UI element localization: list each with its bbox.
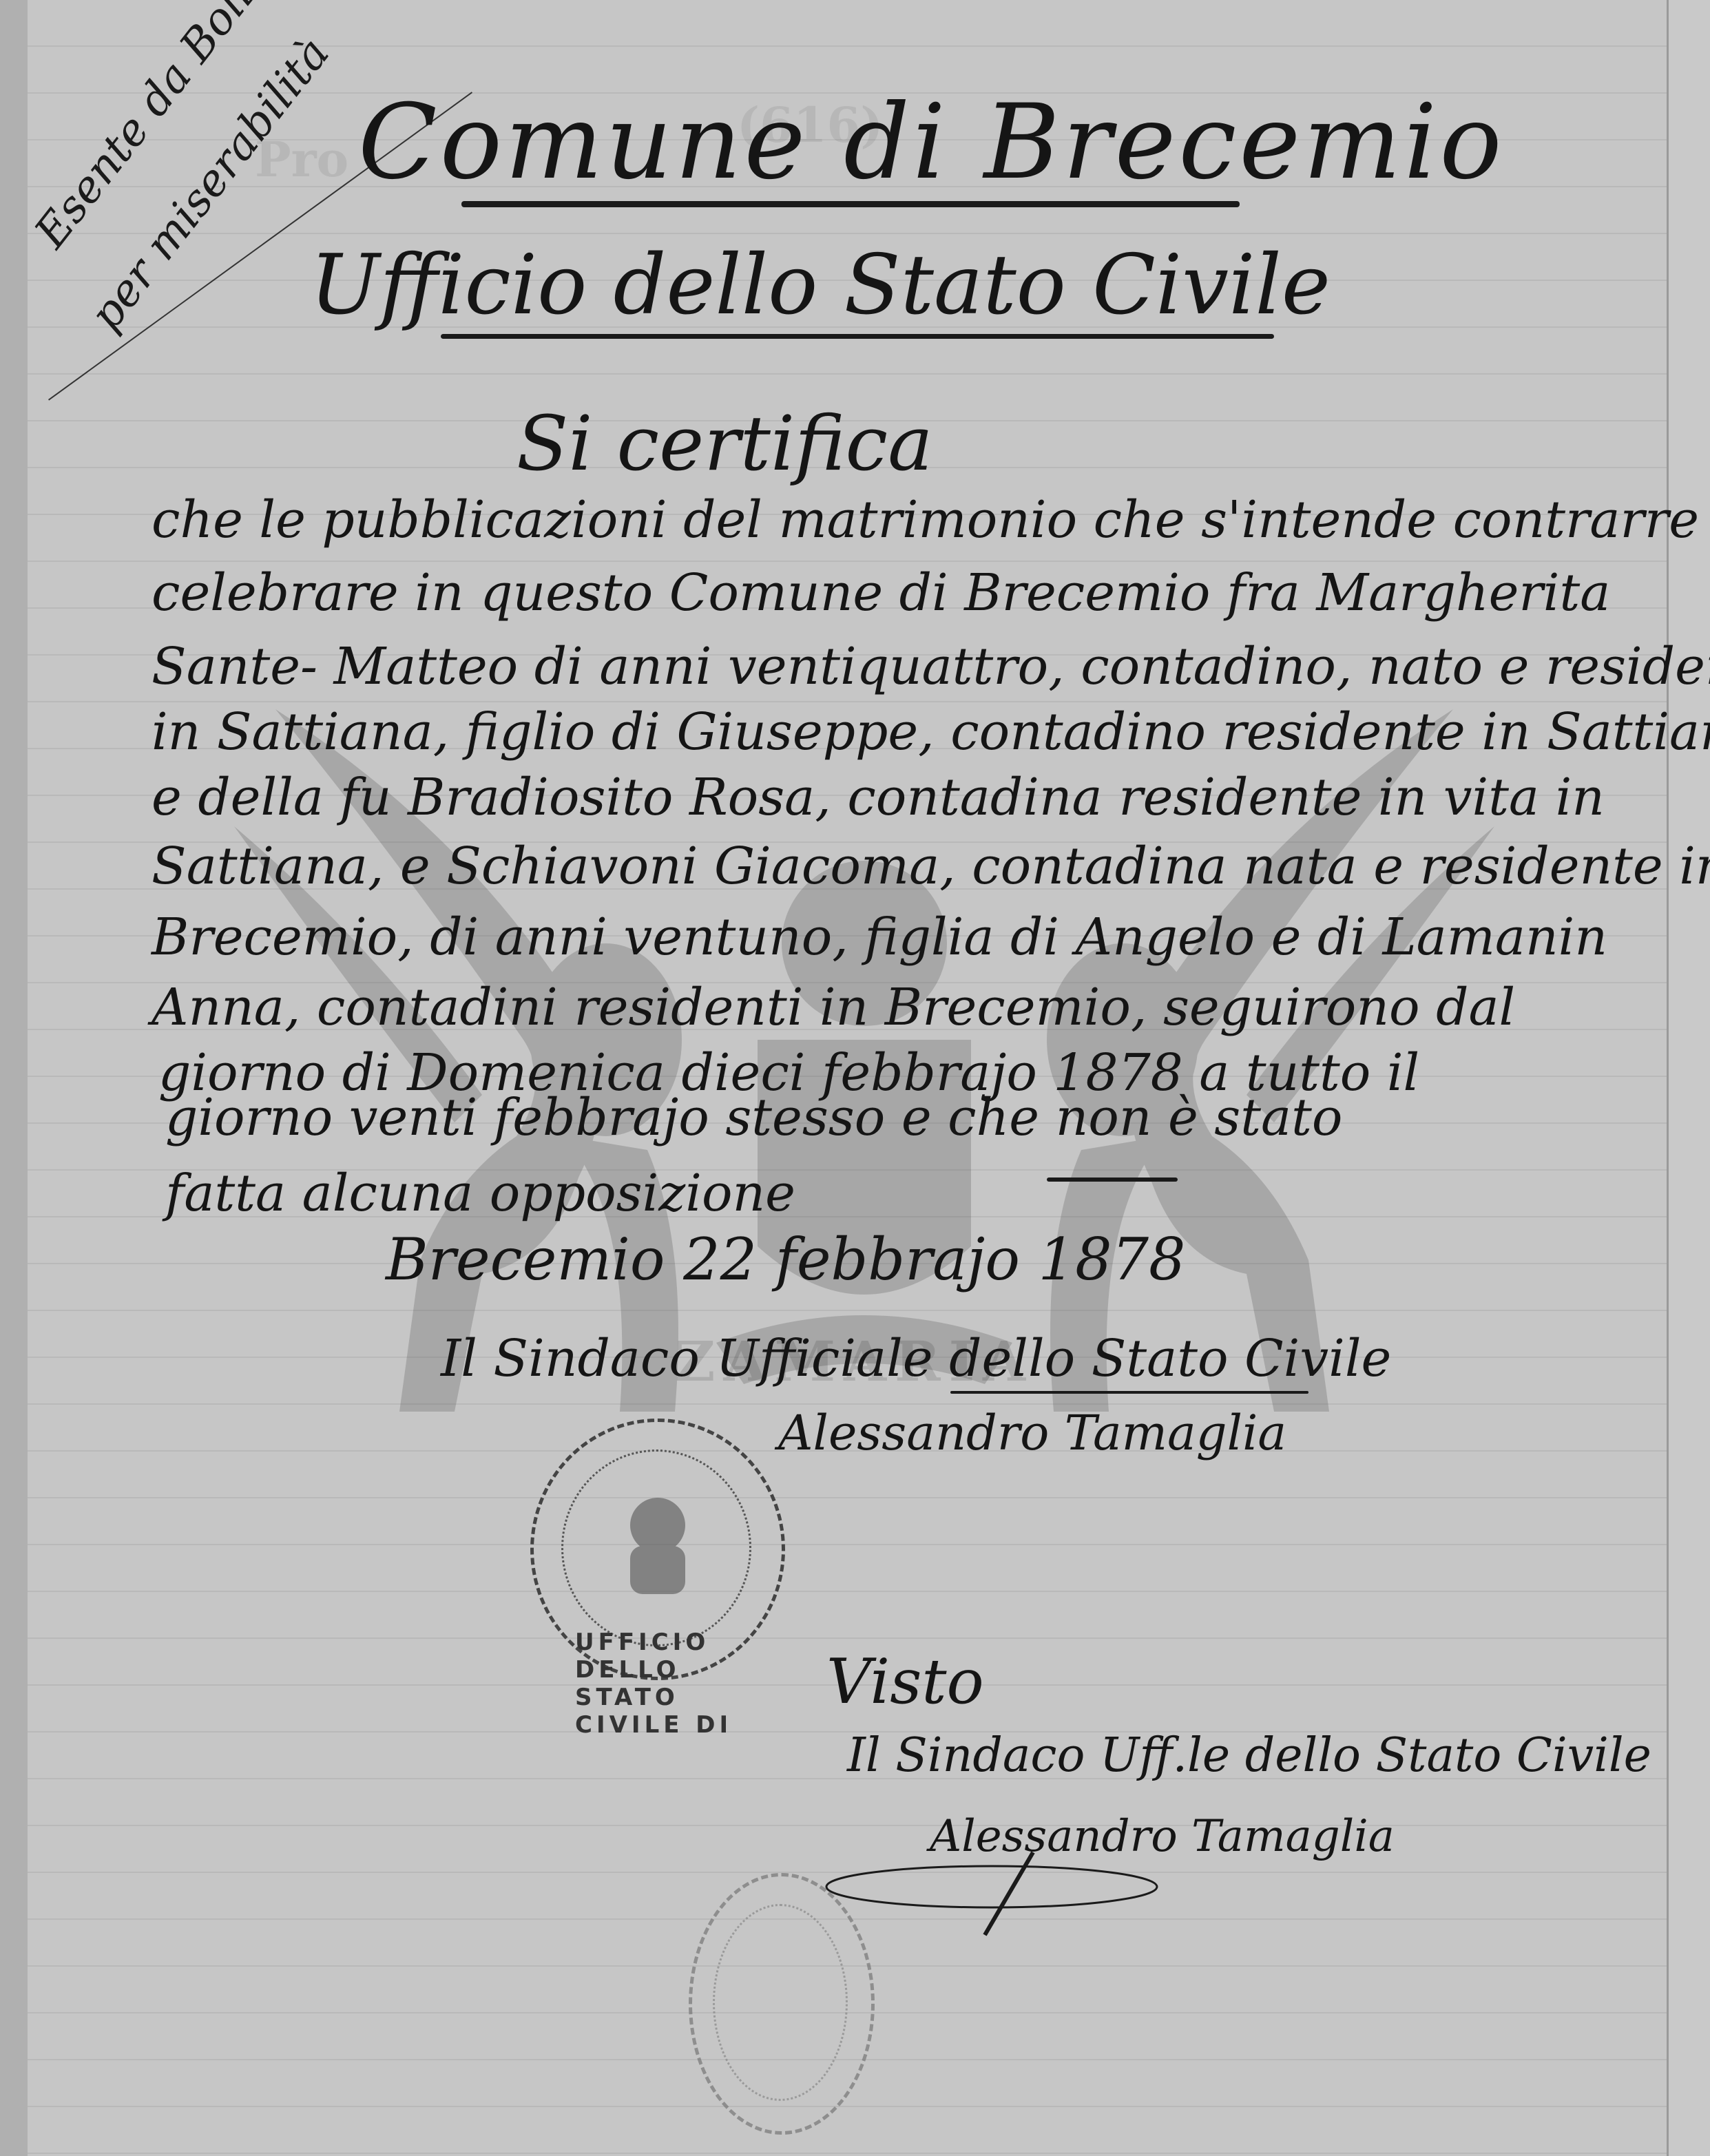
left-page-edge — [0, 0, 29, 2156]
body-line: e della fu Bradiosito Rosa, contadina re… — [152, 768, 1605, 827]
signature-flourish-icon — [813, 1832, 1226, 1942]
right-page-edge — [1667, 0, 1710, 2156]
header-subtitle: Ufficio dello Stato Civile — [310, 238, 1331, 333]
header-title: Comune di Brecemio — [358, 83, 1505, 202]
coat-of-arms-icon — [592, 1484, 723, 1615]
faded-stamp — [689, 1873, 875, 2135]
body-line: fatta alcuna opposizione — [165, 1164, 795, 1223]
body-line: giorno venti febbrajo stesso e che non è… — [165, 1088, 1342, 1147]
certificate-heading: Si certifica — [517, 399, 933, 488]
visa-label: Visto — [826, 1646, 984, 1718]
body-line: Sattiana, e Schiavoni Giacoma, contadina… — [152, 837, 1710, 896]
visa-role: Il Sindaco Uff.le dello Stato Civile — [847, 1728, 1651, 1783]
stamp-text: UFFICIO DELLO STATO CIVILE DI — [575, 1629, 782, 1739]
signature-role-1: Il Sindaco Ufficiale dello Stato Civile — [441, 1329, 1391, 1388]
civil-status-stamp: UFFICIO DELLO STATO CIVILE DI — [530, 1419, 785, 1680]
subtitle-underline — [441, 334, 1274, 339]
date-line: Brecemio 22 febbrajo 1878 — [386, 1226, 1185, 1293]
body-line: che le pubblicazioni del matrimonio che … — [152, 490, 1710, 550]
body-line: Anna, contadini residenti in Brecemio, s… — [152, 978, 1515, 1037]
signature-1: Alessandro Tamaglia — [778, 1405, 1286, 1461]
body-line: Sante- Matteo di anni ventiquattro, cont… — [152, 637, 1710, 696]
title-underline — [461, 201, 1240, 207]
closing-dash — [1047, 1178, 1178, 1182]
body-line: in Sattiana, figlio di Giuseppe, contadi… — [152, 702, 1710, 762]
body-line: Brecemio, di anni ventuno, figlia di Ang… — [152, 908, 1607, 967]
body-line: celebrare in questo Comune di Brecemio f… — [152, 563, 1610, 622]
signature-underline — [950, 1391, 1308, 1394]
